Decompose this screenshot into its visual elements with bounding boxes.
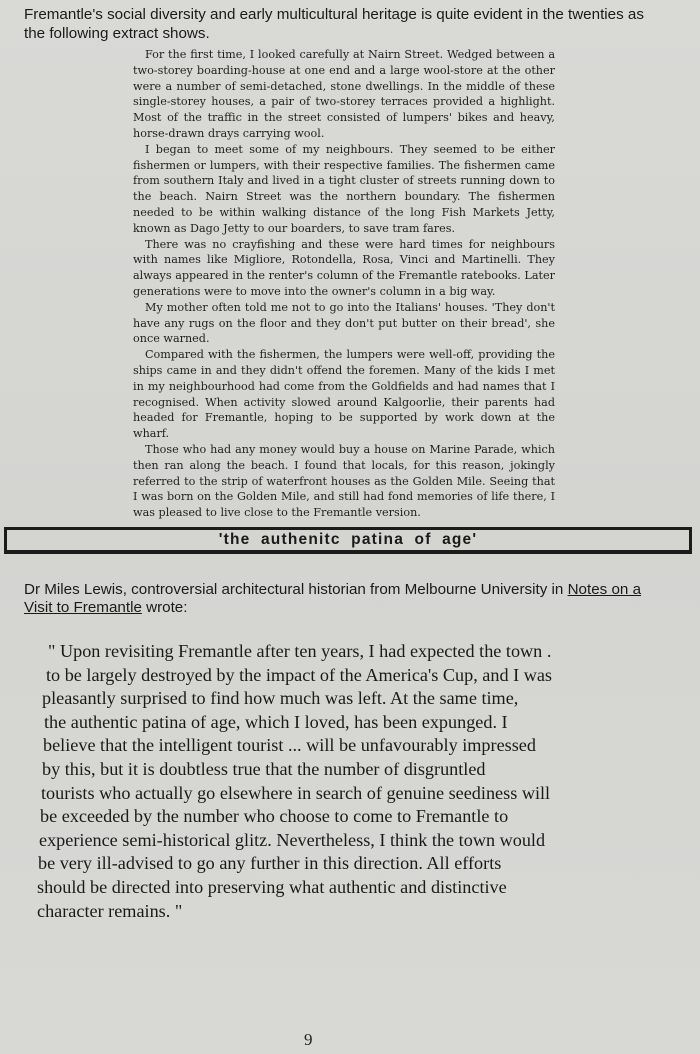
extract-paragraph: For the first time, I looked carefully a…	[133, 47, 555, 142]
quote-line: believe that the intelligent tourist ...…	[43, 734, 696, 758]
document-page: Fremantle's social diversity and early m…	[0, 0, 700, 1054]
quote-line: tourists who actually go elsewhere in se…	[41, 782, 696, 806]
memoir-extract: For the first time, I looked carefully a…	[133, 47, 555, 521]
quote-line: character remains. "	[37, 900, 696, 924]
quote-line: the authentic patina of age, which I lov…	[44, 711, 696, 735]
extract-paragraph: There was no crayfishing and these were …	[133, 237, 555, 300]
section-heading-box: 'the authenitc patina of age'	[4, 527, 692, 554]
attribution-paragraph: Dr Miles Lewis, controversial architectu…	[24, 581, 664, 617]
quote-line: experience semi-historical glitz. Nevert…	[39, 829, 696, 853]
extract-paragraph: I began to meet some of my neighbours. T…	[133, 142, 555, 237]
quote-line: be exceeded by the number who choose to …	[40, 805, 696, 829]
extract-paragraph: My mother often told me not to go into t…	[133, 300, 555, 347]
intro-paragraph: Fremantle's social diversity and early m…	[24, 5, 664, 43]
block-quote: " Upon revisiting Fremantle after ten ye…	[44, 640, 696, 923]
section-heading: 'the authenitc patina of age'	[219, 531, 478, 548]
quote-line: pleasantly surprised to find how much wa…	[42, 687, 696, 711]
quote-line: should be directed into preserving what …	[37, 876, 696, 900]
page-number: 9	[304, 1030, 313, 1050]
quote-line: be very ill-advised to go any further in…	[38, 852, 696, 876]
quote-line: by this, but it is doubtless true that t…	[42, 758, 696, 782]
extract-paragraph: Compared with the fishermen, the lumpers…	[133, 347, 555, 442]
extract-paragraph: Those who had any money would buy a hous…	[133, 442, 555, 521]
attribution-text: Dr Miles Lewis, controversial architectu…	[24, 581, 568, 598]
quote-line: " Upon revisiting Fremantle after ten ye…	[48, 640, 696, 664]
quote-line: to be largely destroyed by the impact of…	[46, 664, 696, 688]
attribution-suffix: wrote:	[142, 599, 188, 616]
